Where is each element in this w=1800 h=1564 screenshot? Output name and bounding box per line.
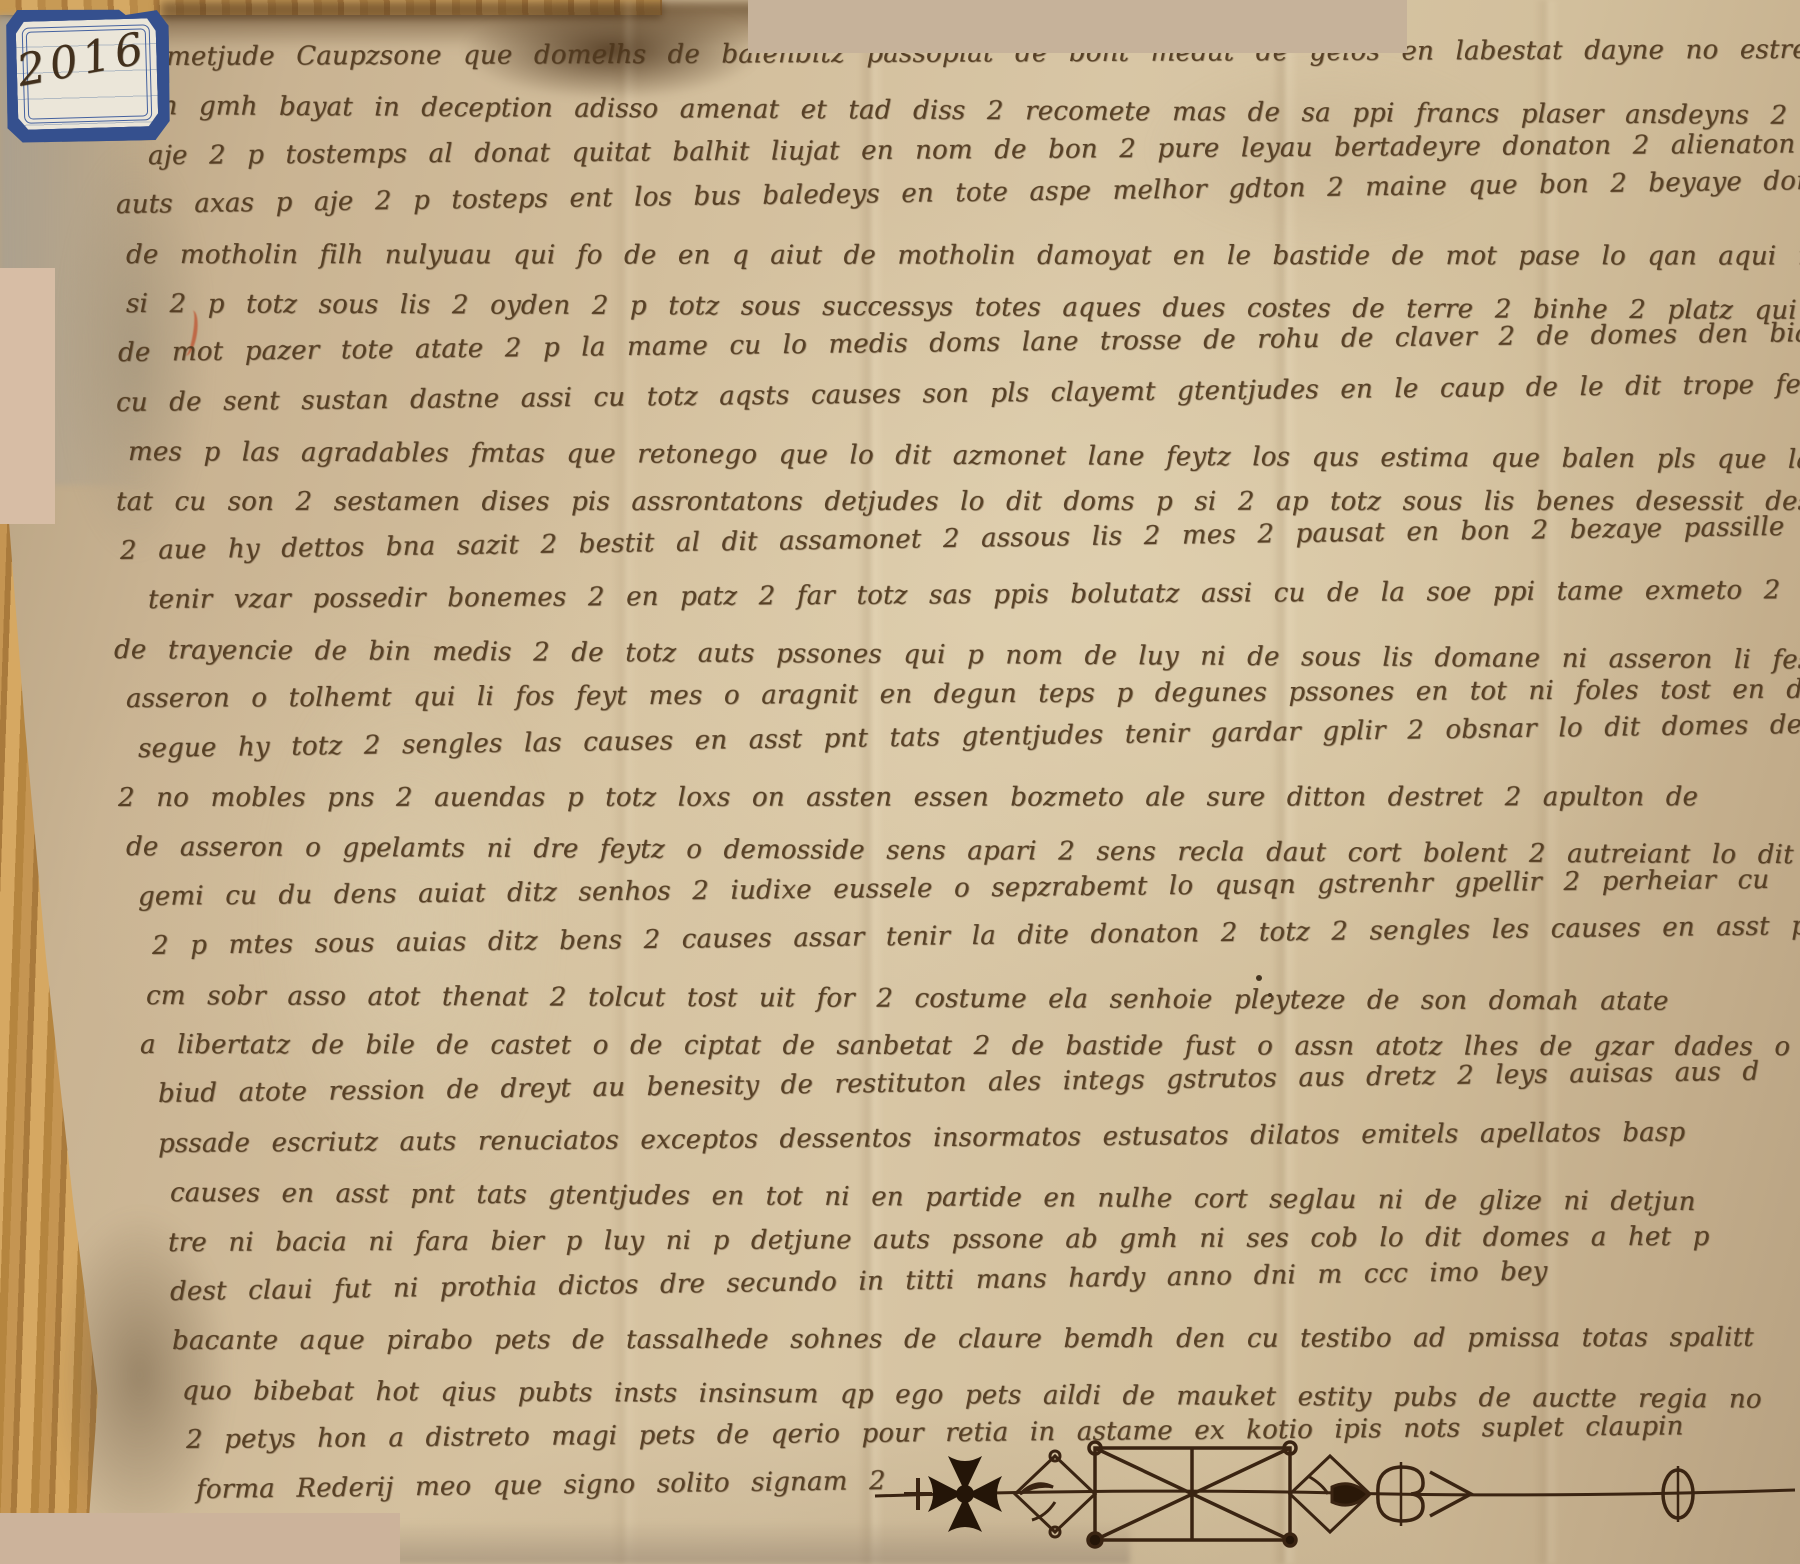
manuscript-line: tenir vzar possedir bonemes 2 en patz 2 … xyxy=(148,577,1800,613)
ink-speck xyxy=(1256,975,1262,981)
manuscript-line: tre ni bacia ni fara bier p luy ni p det… xyxy=(168,1223,1710,1255)
manuscript-line: asseron o tolhemt qui li fos feyt mes o … xyxy=(126,676,1800,712)
manuscript-line: auts axas p aje 2 p tosteps ent los bus … xyxy=(116,167,1800,219)
manuscript-line: bacante aque pirabo pets de tassalhede s… xyxy=(172,1325,1754,1354)
manuscript-line: causes en asst pnt tats gtentjudes en to… xyxy=(170,1180,1696,1215)
manuscript-line: mes p las agradables fmtas que retonego … xyxy=(128,439,1800,473)
manuscript-line: 2 p mtes sous auias ditz bens 2 causes a… xyxy=(152,913,1800,959)
manuscript-line: 2 aue hy dettos bna sazit 2 bestit al di… xyxy=(120,513,1800,564)
manuscript-line: de motholin filh nulyuau qui fo de en q … xyxy=(126,242,1800,270)
redaction-block-bottom xyxy=(0,1513,400,1564)
manuscript-line: gan gmh bayat in deception adisso amenat… xyxy=(128,93,1800,130)
notarial-sign-icon xyxy=(870,1432,1800,1554)
manuscript-line: a libertatz de bile de castet o de cipta… xyxy=(140,1032,1790,1060)
redaction-block-left xyxy=(0,268,55,524)
manuscript-line: biud atote ression de dreyt au benesity … xyxy=(158,1059,1760,1107)
manuscript-line: de mot pazer tote atate 2 p la mame cu l… xyxy=(118,319,1800,366)
rectangle-knot xyxy=(1088,1442,1296,1547)
manuscript-line: cm sobr asso atot thenat 2 tolcut tost u… xyxy=(146,983,1669,1015)
lozenge-left xyxy=(1015,1451,1095,1537)
wood-table-left-wedge xyxy=(0,440,102,1564)
manuscript-line: tat cu son 2 sestamen dises pis assronta… xyxy=(116,488,1800,514)
stain xyxy=(260,640,560,1200)
manuscript-line: cu de sent sustan dastne assi cu totz aq… xyxy=(116,370,1800,416)
manuscript-line: quo bibebat hot qius pubts insts insinsu… xyxy=(182,1378,1762,1413)
manuscript-line: segue hy totz 2 sengles las causes en as… xyxy=(138,710,1800,761)
redaction-block-top xyxy=(748,0,1407,53)
manuscript-line: forma Rederij meo que signo solito signa… xyxy=(196,1468,886,1503)
manuscript-line: si 2 p totz sous lis 2 oyden 2 p totz so… xyxy=(126,291,1800,325)
manuscript-line: gemi cu du dens auiat ditz senhos 2 iudi… xyxy=(138,867,1769,910)
manuscript-line: 2 no mobles pns 2 auendas p totz loxs on… xyxy=(118,784,1698,811)
manuscript-line: pssade escriutz auts renuciatos exceptos… xyxy=(158,1119,1685,1156)
photograph-of-parchment-charter: mi metjude Caupzsone que domelhs de bale… xyxy=(0,0,1800,1564)
cross-pattee-icon xyxy=(928,1456,1002,1532)
manuscript-line: aje 2 p tostemps al donat quitat balhit … xyxy=(148,130,1800,169)
archival-label: 2016 xyxy=(4,6,172,145)
manuscript-line: dest claui fut ni prothia dictos dre sec… xyxy=(170,1259,1548,1305)
manuscript-line: de trayencie de bin medis 2 de totz auts… xyxy=(114,637,1800,674)
manuscript-line: de asseron o gpelamts ni dre feytz o dem… xyxy=(126,834,1800,868)
